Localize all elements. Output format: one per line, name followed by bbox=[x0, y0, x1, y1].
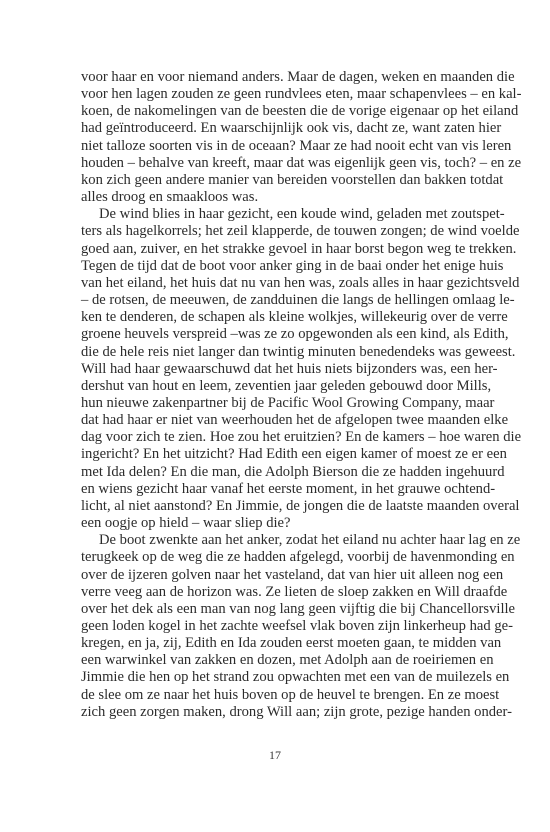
text-line: goed aan, zuiver, en het strakke gevoel … bbox=[81, 241, 456, 258]
text-line: verre veeg aan de horizon was. Ze lieten… bbox=[81, 584, 456, 601]
text-line: dershut van hout en leem, zeventien jaar… bbox=[81, 378, 456, 395]
text-line: over de ijzeren golven naar het vastelan… bbox=[81, 567, 456, 584]
text-line: kregen, en ja, zij, Edith en Ida zouden … bbox=[81, 635, 456, 652]
text-line: geen loden kogel in het zachte weefsel v… bbox=[81, 618, 456, 635]
text-line: Tegen de tijd dat de boot voor anker gin… bbox=[81, 258, 456, 275]
text-line: niet talloze soorten vis in de oceaan? M… bbox=[81, 138, 456, 155]
text-line: zich geen zorgen maken, drong Will aan; … bbox=[81, 704, 456, 721]
paragraph-first-line: De boot zwenkte aan het anker, zodat het… bbox=[81, 532, 456, 549]
text-line: houden – behalve van kreeft, maar dat wa… bbox=[81, 155, 456, 172]
text-line: van het eiland, het huis dat nu van hen … bbox=[81, 275, 456, 292]
text-line: voor haar en voor niemand anders. Maar d… bbox=[81, 69, 456, 86]
text-line: licht, al niet aanstond? En Jimmie, de j… bbox=[81, 498, 456, 515]
text-line: ken te denderen, de schapen als kleine w… bbox=[81, 309, 456, 326]
text-line: voor hen lagen zouden ze geen rundvlees … bbox=[81, 86, 456, 103]
text-line: de slee om ze naar het huis boven op de … bbox=[81, 687, 456, 704]
text-line: koen, de nakomelingen van de beesten die… bbox=[81, 103, 456, 120]
text-line: een warwinkel van zakken en dozen, met A… bbox=[81, 652, 456, 669]
body-text: voor haar en voor niemand anders. Maar d… bbox=[81, 69, 456, 721]
text-line: ingericht? En het uitzicht? Had Edith ee… bbox=[81, 446, 456, 463]
text-line: met Ida delen? En die man, die Adolph Bi… bbox=[81, 464, 456, 481]
text-line: hun nieuwe zakenpartner bij de Pacific W… bbox=[81, 395, 456, 412]
text-line: alles droog en smaakloos was. bbox=[81, 189, 456, 206]
text-line: had geïntroduceerd. En waarschijnlijk oo… bbox=[81, 120, 456, 137]
text-line: groene heuvels verspreid –was ze zo opge… bbox=[81, 326, 456, 343]
paragraph-first-line: De wind blies in haar gezicht, een koude… bbox=[81, 206, 456, 223]
text-line: dat had haar er niet van weerhouden het … bbox=[81, 412, 456, 429]
text-line: Will had haar gewaarschuwd dat het huis … bbox=[81, 361, 456, 378]
text-line: dag voor zich te zien. Hoe zou het eruit… bbox=[81, 429, 456, 446]
text-line: ters als hagelkorrels; het zeil klapperd… bbox=[81, 223, 456, 240]
text-line: over het dek als een man van nog lang ge… bbox=[81, 601, 456, 618]
text-line: en wiens gezicht haar vanaf het eerste m… bbox=[81, 481, 456, 498]
page-number: 17 bbox=[0, 748, 550, 763]
text-line: een oogje op hield – waar sliep die? bbox=[81, 515, 456, 532]
text-line: kon zich geen andere manier van bereiden… bbox=[81, 172, 456, 189]
text-line: die de hele reis niet langer dan twintig… bbox=[81, 344, 456, 361]
text-line: – de rotsen, de meeuwen, de zandduinen d… bbox=[81, 292, 456, 309]
text-line: terugkeek op de weg die ze hadden afgele… bbox=[81, 549, 456, 566]
book-page: voor haar en voor niemand anders. Maar d… bbox=[0, 0, 550, 832]
text-line: Jimmie die hen op het strand zou opwacht… bbox=[81, 669, 456, 686]
